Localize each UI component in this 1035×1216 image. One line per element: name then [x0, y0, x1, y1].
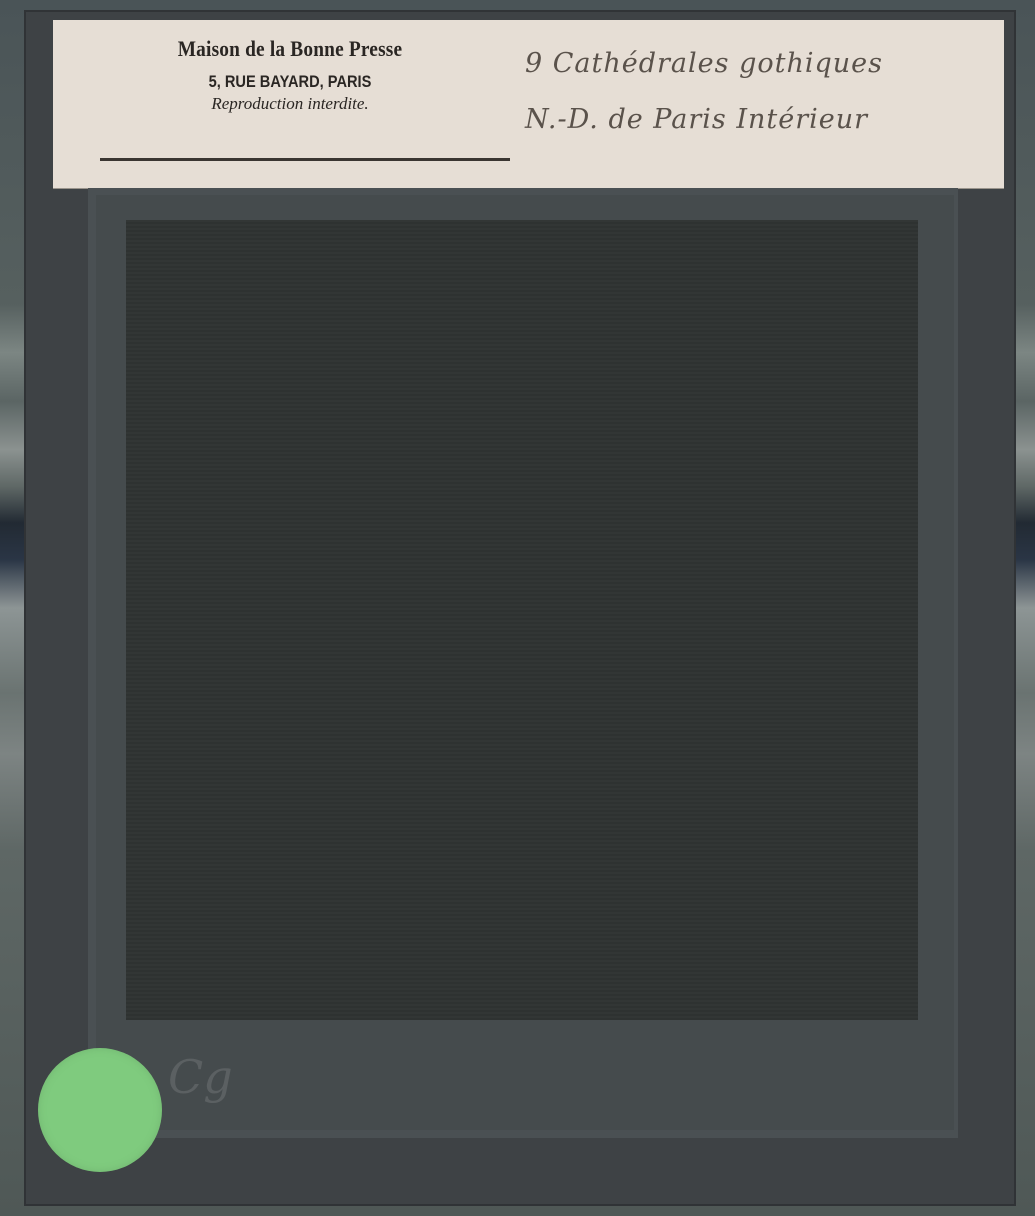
printed-imprint: Maison de la Bonne Presse 5, RUE BAYARD,…	[100, 36, 480, 114]
copyright-notice: Reproduction interdite.	[100, 94, 480, 114]
handwritten-title: N.-D. de Paris Intérieur	[525, 104, 868, 135]
pencil-mark: Cg	[168, 1050, 233, 1104]
green-dot-sticker	[38, 1048, 162, 1172]
publisher-address: 5, RUE BAYARD, PARIS	[127, 72, 454, 92]
label-rule	[100, 158, 510, 161]
handwritten-series: 9 Cathédrales gothiques	[525, 48, 883, 79]
glass-plate-image	[126, 220, 918, 1020]
publisher-name: Maison de la Bonne Presse	[123, 36, 457, 62]
